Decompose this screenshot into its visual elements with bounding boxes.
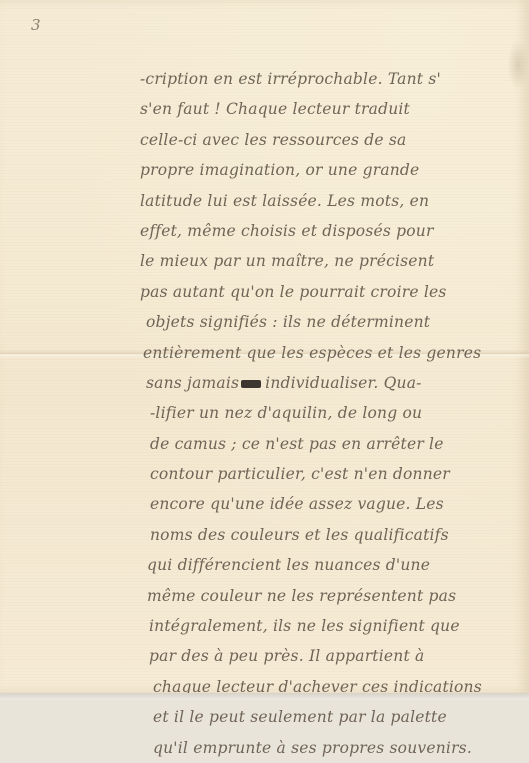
text-line: -lifier un nez d'aquilin, de long ou — [150, 398, 525, 428]
scan-background-edge — [0, 693, 529, 700]
text-line-with-strikeout: sans jamaisindividualiser. Qua- — [146, 368, 525, 398]
text-line: s'en faut ! Chaque lecteur traduit — [140, 94, 525, 124]
text-line: noms des couleurs et les qualificatifs — [150, 520, 525, 550]
page-number: 3 — [31, 16, 41, 34]
text-line: intégralement, ils ne les signifient que — [149, 611, 525, 641]
text-line: objets signifiés : ils ne déterminent — [146, 307, 525, 337]
text-line: par des à peu près. Il appartient à — [149, 641, 525, 671]
text-line: pas autant qu'on le pourrait croire les — [140, 277, 525, 307]
text-line: effet, même choisis et disposés pour — [140, 216, 525, 246]
text-line: entièrement que les espèces et les genre… — [143, 338, 525, 368]
struck-out-word — [241, 380, 261, 388]
text-segment: sans jamais — [146, 374, 239, 392]
text-segment: individualiser. Qua- — [265, 374, 421, 392]
text-line: contour particulier, c'est n'en donner — [150, 459, 525, 489]
text-line: -cription en est irréprochable. Tant s' — [140, 64, 525, 94]
text-line: propre imagination, or une grande — [140, 155, 525, 185]
text-line: qui différencient les nuances d'une — [147, 550, 525, 580]
text-line: celle-ci avec les ressources de sa — [140, 125, 525, 155]
text-line: encore qu'une idée assez vague. Les — [150, 489, 525, 519]
text-line: de camus ; ce n'est pas en arrêter le — [150, 429, 525, 459]
text-line: même couleur ne les représentent pas — [147, 581, 525, 611]
manuscript-page: 3 -cription en est irréprochable. Tant s… — [0, 0, 529, 693]
handwritten-text-block: -cription en est irréprochable. Tant s' … — [140, 64, 525, 700]
text-line: le mieux par un maître, ne précisent — [140, 246, 525, 276]
text-line: latitude lui est laissée. Les mots, en — [140, 186, 525, 216]
